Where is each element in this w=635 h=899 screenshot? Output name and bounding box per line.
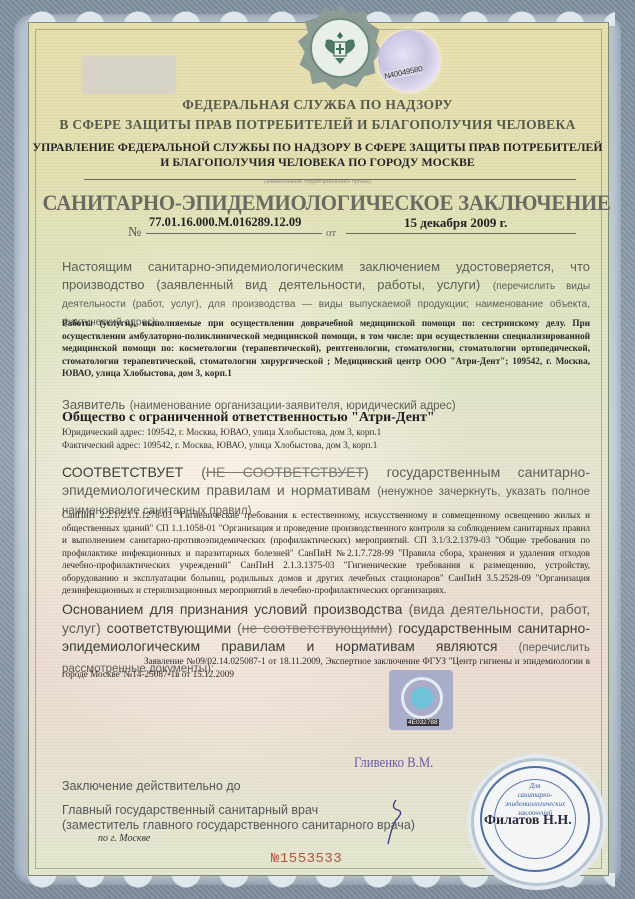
- department-line2: И БЛАГОПОЛУЧИЯ ЧЕЛОВЕКА ПО ГОРОДУ МОСКВЕ: [28, 155, 607, 170]
- redacted-area: [82, 56, 176, 94]
- city-label: по г. Москве: [98, 833, 150, 844]
- document-title: САНИТАРНО-ЭПИДЕМИОЛОГИЧЕСКОЕ ЗАКЛЮЧЕНИЕ: [42, 190, 592, 216]
- state-emblem: [298, 6, 382, 90]
- reviewed-documents: Заявление №09/02.14.025087-1 от 18.11.20…: [62, 655, 590, 680]
- signature-stamp: Гливенко В.М.: [354, 755, 433, 772]
- hologram-badge-serial: 4Е032788: [407, 719, 439, 726]
- not-compliant-struck: не соответствующими: [242, 620, 388, 636]
- applicant-name: Общество с ограниченной ответственностью…: [62, 410, 435, 426]
- org-name-line2: В СФЕРЕ ЗАЩИТЫ ПРАВ ПОТРЕБИТЕЛЕЙ И БЛАГО…: [28, 117, 607, 133]
- signer-name: Филатов Н.Н.: [484, 813, 572, 829]
- territorial-body-caption: (наименование территориального органа): [28, 179, 607, 185]
- org-name-line1: ФЕДЕРАЛЬНАЯ СЛУЖБА ПО НАДЗОРУ: [28, 97, 607, 113]
- handwritten-signature: [384, 798, 404, 846]
- actual-address: Фактический адрес: 109542, г. Москва, ЮВ…: [62, 440, 377, 450]
- hologram-sticker: [378, 30, 440, 92]
- chief-doctor-title: Главный государственный санитарный врач: [62, 803, 318, 817]
- from-label: от: [326, 227, 336, 239]
- document-number: 77.01.16.000.М.016289.12.09: [149, 215, 301, 230]
- legal-address: Юридический адрес: 109542, г. Москва, ЮВ…: [62, 427, 381, 437]
- complies-status: СООТВЕТСТВУЕТ: [62, 464, 183, 480]
- department-line1: УПРАВЛЕНИЕ ФЕДЕРАЛЬНОЙ СЛУЖБЫ ПО НАДЗОРУ…: [28, 140, 607, 155]
- not-complies-struck: НЕ СООТВЕТСТВУЕТ: [206, 464, 364, 480]
- activity-description: Работы (услуги), выполняемые при осущест…: [62, 317, 590, 380]
- form-serial-number: №1553533: [271, 851, 342, 867]
- valid-until-label: Заключение действительно до: [62, 779, 241, 793]
- hologram-icon: [411, 687, 433, 709]
- sanitary-rules-list: СанПиН 2.2.1/2.1.1.1278-03 "Гигиенически…: [62, 509, 590, 597]
- document-date: 15 декабря 2009 г.: [404, 215, 507, 231]
- double-headed-eagle-icon: [318, 26, 362, 70]
- number-symbol: №: [128, 225, 141, 241]
- deputy-doctor-title: (заместитель главного государственного с…: [62, 818, 415, 832]
